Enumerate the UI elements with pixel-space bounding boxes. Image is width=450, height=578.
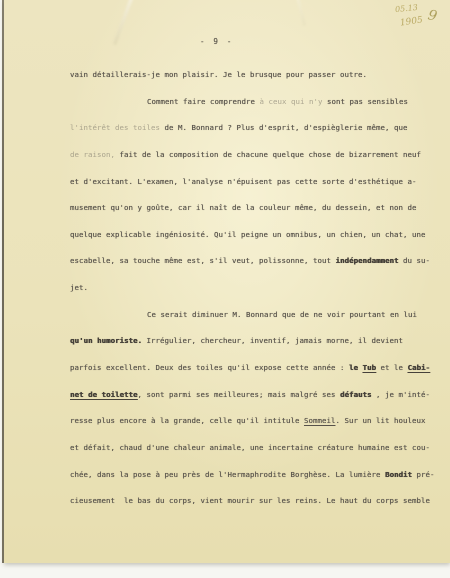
typed-segment: du su- (398, 256, 430, 265)
typed-segment: . Sur un lit houleux (335, 416, 425, 425)
pencil-annotation-year: 1905 (399, 15, 423, 28)
typed-segment: chée, dans la pose à peu près de l'Herma… (70, 470, 385, 479)
typed-segment: quelque explicable ingéniosité. Qu'il pe… (70, 230, 425, 239)
typed-line: quelque explicable ingéniosité. Qu'il pe… (70, 222, 442, 249)
typed-line: et d'excitant. L'examen, l'analyse n'épu… (70, 169, 442, 196)
typed-line: resse plus encore à la grande, celle qu'… (70, 408, 442, 435)
typed-segment: de raison, (70, 150, 120, 159)
typed-segment: , sont parmi ses meilleures; mais malgré… (138, 390, 340, 399)
paper-sheet: 05.13 1905 9 - 9 - vain détaillerais-je … (4, 0, 450, 563)
typed-segment: escabelle, sa touche même est, s'il veut… (70, 256, 335, 265)
document-scan: 05.13 1905 9 - 9 - vain détaillerais-je … (0, 0, 450, 578)
typed-line: net de toilette, sont parmi ses meilleur… (70, 382, 442, 409)
typed-segment: et défait, chaud d'une chaleur animale, … (70, 443, 430, 452)
typed-line: musement qu'on y goûte, car il naît de l… (70, 195, 442, 222)
typed-segment: qu'un humoriste. (70, 336, 142, 345)
typed-segment: à ceux qui n'y (260, 97, 328, 106)
typed-segment: l'intérêt des toiles (70, 123, 165, 132)
typed-segment: et le (376, 363, 408, 372)
typed-segment: de M. Bonnard ? Plus d'esprit, d'espiègl… (165, 123, 408, 132)
typed-line: qu'un humoriste. Irrégulier, chercheur, … (70, 328, 442, 355)
typed-segment: vain détaillerais-je mon plaisir. Je le … (70, 70, 367, 79)
typed-segment: fait de la composition de chacune quelqu… (120, 150, 421, 159)
typed-line: l'intérêt des toiles de M. Bonnard ? Plu… (70, 115, 442, 142)
typed-line: chée, dans la pose à peu près de l'Herma… (70, 462, 442, 489)
typed-segment: net de toilette (70, 390, 138, 399)
pencil-annotation-number: 9 (426, 7, 438, 25)
typed-lines: vain détaillerais-je mon plaisir. Je le … (70, 62, 442, 515)
typed-segment: cieusement le bas du corps, vient mourir… (70, 496, 430, 505)
typed-segment: Bondit (385, 470, 412, 479)
typed-segment: sont pas sensibles (327, 97, 408, 106)
typed-segment: Irrégulier, chercheur, inventif, jamais … (142, 336, 403, 345)
typed-segment: Ce serait diminuer M. Bonnard que de ne … (147, 310, 417, 319)
paper-left-edge (2, 0, 4, 563)
typed-line: et défait, chaud d'une chaleur animale, … (70, 435, 442, 462)
typed-line: jet. (70, 275, 442, 302)
typed-segment: défauts (340, 390, 372, 399)
typed-line: Comment faire comprendre à ceux qui n'y … (70, 89, 442, 116)
typed-segment: , je m'inté- (371, 390, 430, 399)
typed-segment: jet. (70, 283, 88, 292)
typed-segment: Comment faire comprendre (147, 97, 260, 106)
typed-segment: pré- (412, 470, 435, 479)
typed-segment: et d'excitant. L'examen, l'analyse n'épu… (70, 177, 416, 186)
typed-segment: musement qu'on y goûte, car il naît de l… (70, 203, 416, 212)
typed-line: Ce serait diminuer M. Bonnard que de ne … (70, 302, 442, 329)
paper-crease (113, 0, 134, 45)
page-number-header: - 9 - (200, 37, 234, 46)
pencil-annotation-code: 05.13 (395, 3, 419, 14)
typed-segment: resse plus encore à la grande, celle qu'… (70, 416, 304, 425)
paper-crease (296, 0, 305, 26)
typed-line: vain détaillerais-je mon plaisir. Je le … (70, 62, 442, 89)
typed-segment: Tub (362, 363, 376, 372)
typed-segment: parfois excellent. Deux des toiles qu'il… (70, 363, 349, 372)
typed-segment: le (349, 363, 363, 372)
typed-line: escabelle, sa touche même est, s'il veut… (70, 248, 442, 275)
typed-line: de raison, fait de la composition de cha… (70, 142, 442, 169)
typed-line: cieusement le bas du corps, vient mourir… (70, 488, 442, 515)
typed-segment: indépendamment (335, 256, 398, 265)
typed-segment: Cabi- (407, 363, 430, 372)
typed-line: parfois excellent. Deux des toiles qu'il… (70, 355, 442, 382)
typed-segment: Sommeil (304, 416, 336, 425)
